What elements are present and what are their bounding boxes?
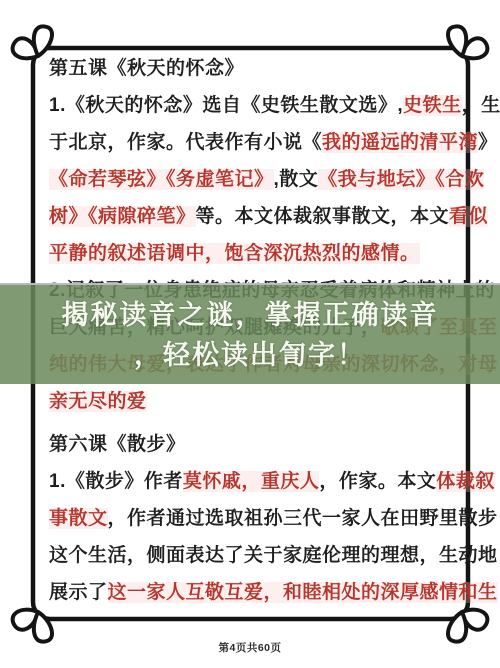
body-text: 这个生活，侧面表达了关于家庭伦理的理想，生动地 bbox=[49, 545, 498, 566]
highlighted-text: 体裁叙 bbox=[436, 471, 495, 492]
text-line: 1.《散步》作者莫怀戚，重庆人，作家。本文体裁叙 bbox=[49, 463, 457, 500]
body-text: 于北京，作家。代表作有小说《 bbox=[49, 132, 322, 153]
text-line: 事散文，作者通过选取祖孙三代一家人在田野里散步 bbox=[49, 500, 457, 537]
body-text: 展示了 bbox=[49, 582, 108, 603]
highlighted-text: 看似 bbox=[449, 206, 488, 227]
highlighted-text: 我的遥远的清平湾 bbox=[322, 132, 478, 153]
worksheet-page: 第五课《秋天的怀念》1.《秋天的怀念》选自《史铁生散文选》,史铁生，生于北京，作… bbox=[0, 0, 500, 668]
text-line: 亲无尽的爱 bbox=[49, 383, 457, 420]
highlighted-text: 树》《病隙碎笔》 bbox=[49, 206, 196, 227]
text-line: 平静的叙述语调中，饱含深沉热烈的感情。 bbox=[49, 235, 457, 272]
body-text: 》 bbox=[478, 132, 498, 153]
page-indicator: 第4页共60页 bbox=[0, 640, 500, 655]
highlighted-text: 史铁生 bbox=[403, 95, 462, 116]
highlighted-text: 《我与地坛》《合欢 bbox=[318, 169, 484, 190]
highlighted-text: 重庆人 bbox=[261, 471, 320, 492]
highlighted-text: 莫怀戚， bbox=[183, 471, 261, 492]
body-text: ，作者通过选取祖孙三代一家人在田野里散步 bbox=[108, 508, 498, 529]
highlighted-text: 《命若琴弦》《务虚笔记》 bbox=[49, 169, 274, 190]
highlighted-text: 亲无尽的爱 bbox=[49, 391, 147, 412]
lesson-heading: 第五课《秋天的怀念》 bbox=[49, 50, 457, 87]
body-text: ,散文 bbox=[274, 169, 319, 190]
body-text: 1.《散步》作者 bbox=[49, 471, 183, 492]
text-line: 展示了这一家人互敬互爱，和睦相处的深厚感情和生 bbox=[49, 574, 457, 611]
body-text: ，生 bbox=[462, 95, 500, 116]
body-text: 等。本文体裁叙事散文，本文 bbox=[196, 206, 450, 227]
text-line: 这个生活，侧面表达了关于家庭伦理的理想，生动地 bbox=[49, 537, 457, 574]
banner-text-line-1: 揭秘读音之谜，掌握正确读音 bbox=[62, 295, 439, 335]
banner-text-line-2: ，轻松读出訇字！ bbox=[134, 335, 366, 375]
highlighted-text: 这一家人互敬互爱，和睦相处的深厚感情和生 bbox=[108, 582, 498, 603]
text-line: 《命若琴弦》《务虚笔记》,散文《我与地坛》《合欢 bbox=[49, 161, 457, 198]
body-text: ，作家。本文 bbox=[319, 471, 436, 492]
text-line: 1.《秋天的怀念》选自《史铁生散文选》,史铁生，生 bbox=[49, 87, 457, 124]
text-line: 树》《病隙碎笔》等。本文体裁叙事散文，本文看似 bbox=[49, 198, 457, 235]
text-line: 于北京，作家。代表作有小说《我的遥远的清平湾》 bbox=[49, 124, 457, 161]
highlighted-text: 平静的叙述语调中，饱含深沉热烈的感情。 bbox=[49, 243, 420, 264]
highlighted-text: 事散文 bbox=[49, 508, 108, 529]
promo-banner: 揭秘读音之谜，掌握正确读音 ，轻松读出訇字！ bbox=[0, 283, 500, 384]
body-text: 第五课《秋天的怀念》 bbox=[49, 58, 244, 79]
lesson-heading: 第六课《散步》 bbox=[49, 426, 457, 463]
body-text: 1.《秋天的怀念》选自《史铁生散文选》, bbox=[49, 95, 403, 116]
body-text: 第六课《散步》 bbox=[49, 434, 186, 455]
